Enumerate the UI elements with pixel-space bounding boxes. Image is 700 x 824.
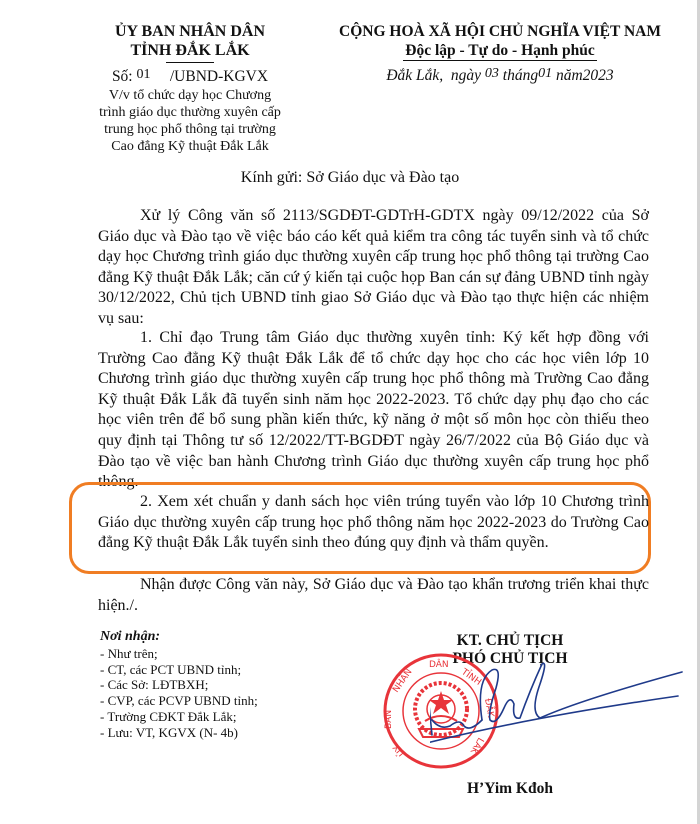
recipients-title: Nơi nhận: bbox=[100, 629, 258, 645]
paragraph-text: Nhận được Công văn này, Sở Giáo dục và Đ… bbox=[98, 576, 649, 614]
document-subject: V/v tổ chức dạy học Chương trình giáo dụ… bbox=[90, 87, 290, 155]
paragraph-item-2: 2. Xem xét chuẩn y danh sách học viên tr… bbox=[98, 492, 649, 554]
day-label: ngày bbox=[451, 67, 481, 84]
paragraph-item-1: 1. Chỉ đạo Trung tâm Giáo dục thường xuy… bbox=[98, 328, 649, 493]
place: Đắk Lắk, bbox=[386, 67, 443, 84]
recipient-item: - CVP, các PCVP UBND tỉnh; bbox=[100, 693, 258, 709]
signer-name: H’Yim Kđoh bbox=[420, 780, 600, 798]
recipient-item: - Trường CĐKT Đắk Lắk; bbox=[100, 709, 258, 725]
addressee: Kính gửi: Sở Giáo dục và Đào tạo bbox=[0, 169, 700, 187]
handwritten-signature-icon bbox=[430, 660, 690, 770]
paragraph-text: Xử lý Công văn số 2113/SGDĐT-GDTrH-GDTX … bbox=[98, 207, 649, 327]
day-value: 03 bbox=[485, 66, 499, 81]
national-motto: Độc lập - Tự do - Hạnh phúc bbox=[300, 41, 700, 60]
recipient-item: - Như trên; bbox=[100, 646, 258, 662]
nation-name: CỘNG HOÀ XÃ HỘI CHỦ NGHĨA VIỆT NAM bbox=[300, 22, 700, 41]
motto-text: Độc lập - Tự do - Hạnh phúc bbox=[403, 42, 596, 61]
month-value: 01 bbox=[538, 66, 552, 81]
recipient-item: - CT, các PCT UBND tỉnh; bbox=[100, 662, 258, 678]
title-line1: KT. CHỦ TỊCH bbox=[420, 632, 600, 650]
number-value: 01 bbox=[137, 67, 151, 82]
issuing-authority-header: ỦY BAN NHÂN DÂN TỈNH ĐẮK LẮK Số: 01 /UBN… bbox=[90, 22, 290, 155]
paragraph-closing: Nhận được Công văn này, Sở Giáo dục và Đ… bbox=[98, 575, 649, 616]
org-name-line1: ỦY BAN NHÂN DÂN bbox=[90, 22, 290, 41]
number-label: Số: bbox=[112, 68, 133, 85]
paragraph-intro: Xử lý Công văn số 2113/SGDĐT-GDTrH-GDTX … bbox=[98, 206, 649, 330]
org-name-line2: TỈNH ĐẮK LẮK bbox=[90, 41, 290, 60]
subject-line: V/v tổ chức dạy học Chương bbox=[90, 87, 290, 104]
header-divider bbox=[166, 62, 214, 63]
recipient-item: - Các Sở: LĐTBXH; bbox=[100, 677, 258, 693]
recipient-item: - Lưu: VT, KGVX (N- 4b) bbox=[100, 725, 258, 741]
year-value: 2023 bbox=[583, 67, 614, 84]
issue-date: Đắk Lắk, ngày 03 tháng01 năm2023 bbox=[300, 64, 700, 85]
recipients-list: Nơi nhận: - Như trên; - CT, các PCT UBND… bbox=[100, 629, 258, 741]
paragraph-text: 1. Chỉ đạo Trung tâm Giáo dục thường xuy… bbox=[98, 329, 649, 490]
month-label: tháng bbox=[503, 67, 538, 84]
national-header: CỘNG HOÀ XÃ HỘI CHỦ NGHĨA VIỆT NAM Độc l… bbox=[300, 22, 700, 85]
svg-text:ỦY: ỦY bbox=[390, 741, 407, 758]
number-suffix: /UBND-KGVX bbox=[170, 68, 268, 85]
subject-line: trình giáo dục thường xuyên cấp bbox=[90, 104, 290, 121]
subject-line: Cao đẳng Kỹ thuật Đắk Lắk bbox=[90, 138, 290, 155]
year-label: năm bbox=[556, 67, 583, 84]
paragraph-text: 2. Xem xét chuẩn y danh sách học viên tr… bbox=[98, 493, 649, 551]
svg-text:BAN: BAN bbox=[384, 710, 394, 729]
document-number: Số: 01 /UBND-KGVX bbox=[90, 66, 290, 86]
subject-line: trung học phổ thông tại trường bbox=[90, 121, 290, 138]
